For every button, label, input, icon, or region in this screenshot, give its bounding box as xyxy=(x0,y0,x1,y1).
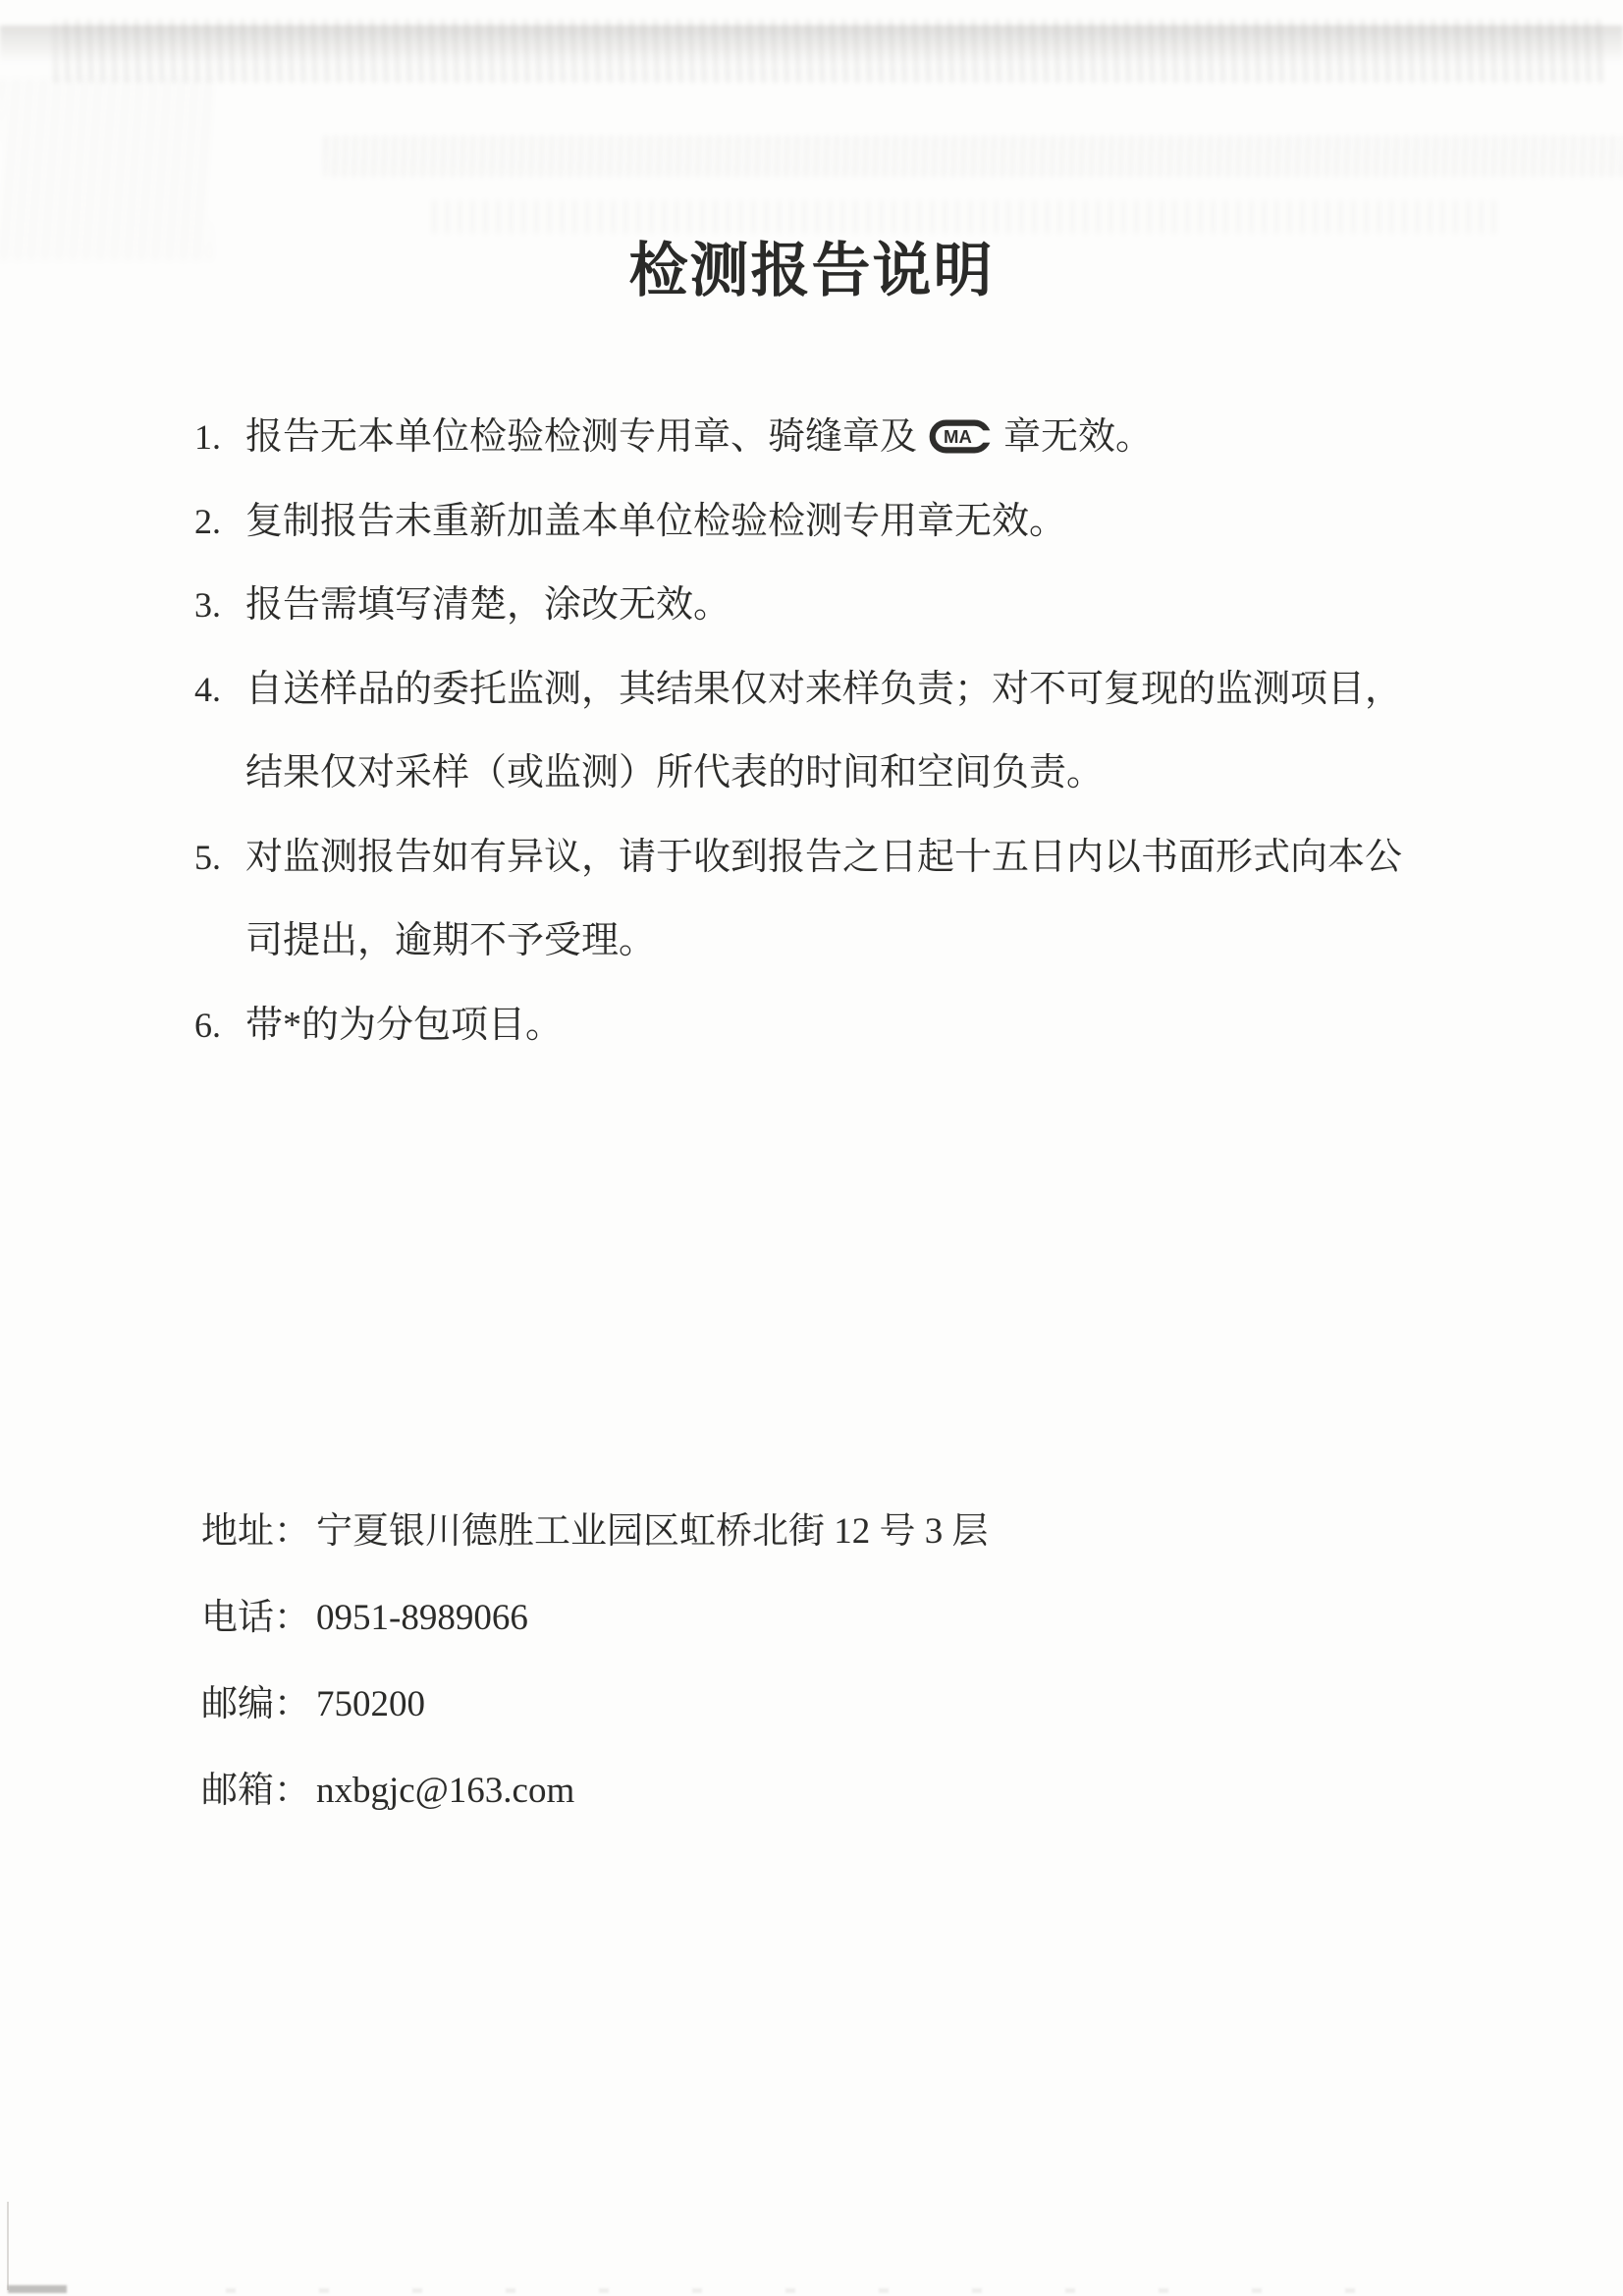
cma-certification-mark-icon: MA xyxy=(929,419,992,454)
note-item-4-continued: 结果仅对采样（或监测）所代表的时间和空间负责。 xyxy=(194,732,1569,816)
note-item-5-continued: 司提出，逾期不予受理。 xyxy=(194,900,1569,984)
note-text: 带*的为分包项目。 xyxy=(245,1005,563,1046)
note-number: 1. xyxy=(194,396,245,480)
note-text: 章无效。 xyxy=(1003,416,1153,458)
scan-artifact-top-band xyxy=(0,26,1623,63)
svg-text:MA: MA xyxy=(944,426,972,447)
postcode-value: 750200 xyxy=(316,1684,425,1724)
note-item-3: 3.报告需填写清楚，涂改无效。 xyxy=(194,564,1569,648)
note-text: 对监测报告如有异议，请于收到报告之日起十五日内以书面形式向本公 xyxy=(245,837,1402,878)
email-label: 邮箱： xyxy=(201,1771,310,1811)
note-number: 5. xyxy=(194,816,245,901)
note-number: 4. xyxy=(194,648,245,733)
postcode-label: 邮编： xyxy=(201,1684,310,1724)
note-item-1: 1.报告无本单位检验检测专用章、骑缝章及 MA 章无效。 xyxy=(194,396,1569,480)
note-text: 报告无本单位检验检测专用章、骑缝章及 xyxy=(245,416,917,458)
postcode-line: 邮编：750200 xyxy=(201,1662,1380,1748)
note-text: 复制报告未重新加盖本单位检验检测专用章无效。 xyxy=(245,501,1066,542)
note-number: 3. xyxy=(194,564,245,648)
scan-artifact-bleedthrough-row1 xyxy=(54,20,1605,82)
scan-artifact-bleedthrough-row2 xyxy=(324,136,1623,177)
page-title: 检测报告说明 xyxy=(0,224,1623,308)
email-line: 邮箱：nxbgjc@163.com xyxy=(201,1748,1380,1834)
address-value: 宁夏银川德胜工业园区虹桥北街 12 号 3 层 xyxy=(316,1511,989,1552)
note-text: 司提出，逾期不予受理。 xyxy=(245,920,656,961)
notes-list: 1.报告无本单位检验检测专用章、骑缝章及 MA 章无效。 2.复制报告未重新加盖… xyxy=(194,396,1569,1067)
scan-artifact-bottom-dots xyxy=(226,2288,1404,2293)
note-text: 自送样品的委托监测，其结果仅对来样负责；对不可复现的监测项目， xyxy=(245,669,1402,710)
phone-value: 0951-8989066 xyxy=(316,1598,528,1638)
note-number: 6. xyxy=(194,984,245,1068)
note-item-5: 5.对监测报告如有异议，请于收到报告之日起十五日内以书面形式向本公 xyxy=(194,816,1569,901)
note-item-4: 4.自送样品的委托监测，其结果仅对来样负责；对不可复现的监测项目， xyxy=(194,648,1569,733)
note-number: 2. xyxy=(194,480,245,565)
email-value: nxbgjc@163.com xyxy=(316,1771,574,1811)
scan-artifact-left-edge-line xyxy=(7,2202,9,2290)
note-item-6: 6.带*的为分包项目。 xyxy=(194,984,1569,1068)
scanned-document-page: 检测报告说明 1.报告无本单位检验检测专用章、骑缝章及 MA 章无效。 2.复制… xyxy=(0,0,1623,2296)
note-item-2: 2.复制报告未重新加盖本单位检验检测专用章无效。 xyxy=(194,480,1569,565)
scan-artifact-corner-dash xyxy=(8,2285,67,2293)
address-line: 地址：宁夏银川德胜工业园区虹桥北街 12 号 3 层 xyxy=(201,1489,1380,1575)
phone-label: 电话： xyxy=(201,1598,310,1638)
note-text: 报告需填写清楚，涂改无效。 xyxy=(245,584,730,626)
contact-info: 地址：宁夏银川德胜工业园区虹桥北街 12 号 3 层 电话：0951-89890… xyxy=(201,1489,1380,1834)
phone-line: 电话：0951-8989066 xyxy=(201,1575,1380,1662)
address-label: 地址： xyxy=(201,1511,310,1552)
note-text: 结果仅对采样（或监测）所代表的时间和空间负责。 xyxy=(245,752,1104,793)
